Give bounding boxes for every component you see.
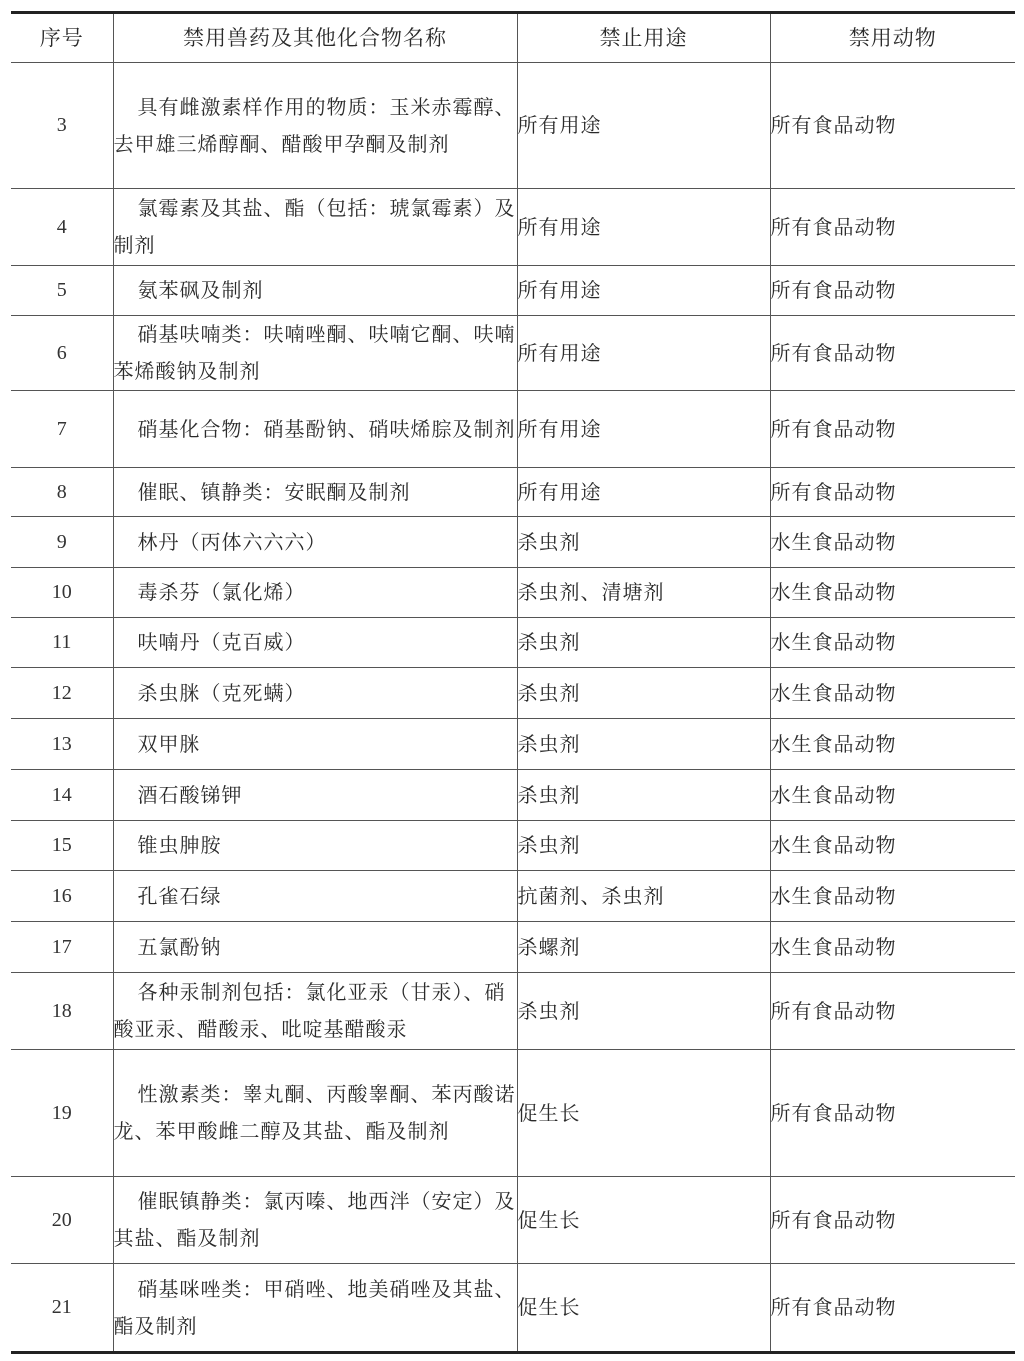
- drug-name: 硝基呋喃类：呋喃唑酮、呋喃它酮、呋喃苯烯酸钠及制剂: [113, 316, 517, 391]
- table-row: 20催眠镇静类：氯丙嗪、地西泮（安定）及其盐、酯及制剂促生长所有食品动物: [11, 1177, 1015, 1264]
- table-row: 7硝基化合物：硝基酚钠、硝呋烯腙及制剂所有用途所有食品动物: [11, 391, 1015, 468]
- drug-name: 氯霉素及其盐、酯（包括：琥氯霉素）及制剂: [113, 189, 517, 266]
- drug-name: 林丹（丙体六六六）: [113, 517, 517, 568]
- banned-animal: 所有食品动物: [770, 1177, 1015, 1264]
- table-row: 21硝基咪唑类：甲硝唑、地美硝唑及其盐、酯及制剂促生长所有食品动物: [11, 1264, 1015, 1353]
- banned-use: 促生长: [517, 1050, 770, 1177]
- header-no: 序号: [11, 13, 113, 63]
- header-use: 禁止用途: [517, 13, 770, 63]
- drug-name: 氨苯砜及制剂: [113, 266, 517, 316]
- drug-name: 各种汞制剂包括：氯化亚汞（甘汞）、硝酸亚汞、醋酸汞、吡啶基醋酸汞: [113, 973, 517, 1050]
- drug-name: 双甲脒: [113, 719, 517, 770]
- banned-animal: 所有食品动物: [770, 189, 1015, 266]
- banned-drugs-table: 序号 禁用兽药及其他化合物名称 禁止用途 禁用动物 3具有雌激素样作用的物质：玉…: [11, 11, 1015, 1354]
- table-body: 3具有雌激素样作用的物质：玉米赤霉醇、去甲雄三烯醇酮、醋酸甲孕酮及制剂所有用途所…: [11, 63, 1015, 1353]
- banned-animal: 所有食品动物: [770, 1264, 1015, 1353]
- banned-use: 所有用途: [517, 316, 770, 391]
- banned-use: 杀虫剂: [517, 821, 770, 871]
- row-number: 16: [11, 871, 113, 922]
- row-number: 3: [11, 63, 113, 189]
- banned-use: 杀虫剂: [517, 618, 770, 668]
- row-number: 18: [11, 973, 113, 1050]
- table-row: 4氯霉素及其盐、酯（包括：琥氯霉素）及制剂所有用途所有食品动物: [11, 189, 1015, 266]
- banned-use: 杀虫剂: [517, 770, 770, 821]
- banned-use: 杀虫剂: [517, 973, 770, 1050]
- drug-name: 催眠镇静类：氯丙嗪、地西泮（安定）及其盐、酯及制剂: [113, 1177, 517, 1264]
- table-header-row: 序号 禁用兽药及其他化合物名称 禁止用途 禁用动物: [11, 13, 1015, 63]
- banned-use: 促生长: [517, 1177, 770, 1264]
- drug-name: 孔雀石绿: [113, 871, 517, 922]
- table-row: 13双甲脒杀虫剂水生食品动物: [11, 719, 1015, 770]
- table-row: 6硝基呋喃类：呋喃唑酮、呋喃它酮、呋喃苯烯酸钠及制剂所有用途所有食品动物: [11, 316, 1015, 391]
- banned-animal: 所有食品动物: [770, 973, 1015, 1050]
- banned-use: 所有用途: [517, 266, 770, 316]
- banned-use: 杀虫剂: [517, 719, 770, 770]
- banned-use: 所有用途: [517, 468, 770, 517]
- drug-name: 锥虫胂胺: [113, 821, 517, 871]
- header-animal: 禁用动物: [770, 13, 1015, 63]
- table-row: 17五氯酚钠杀螺剂水生食品动物: [11, 922, 1015, 973]
- row-number: 17: [11, 922, 113, 973]
- banned-animal: 水生食品动物: [770, 871, 1015, 922]
- table-row: 14酒石酸锑钾杀虫剂水生食品动物: [11, 770, 1015, 821]
- drug-name: 五氯酚钠: [113, 922, 517, 973]
- table-row: 16孔雀石绿抗菌剂、杀虫剂水生食品动物: [11, 871, 1015, 922]
- row-number: 9: [11, 517, 113, 568]
- banned-use: 所有用途: [517, 391, 770, 468]
- row-number: 11: [11, 618, 113, 668]
- drug-name: 硝基咪唑类：甲硝唑、地美硝唑及其盐、酯及制剂: [113, 1264, 517, 1353]
- table-row: 19性激素类：睾丸酮、丙酸睾酮、苯丙酸诺龙、苯甲酸雌二醇及其盐、酯及制剂促生长所…: [11, 1050, 1015, 1177]
- header-name: 禁用兽药及其他化合物名称: [113, 13, 517, 63]
- banned-animal: 所有食品动物: [770, 391, 1015, 468]
- drug-name: 具有雌激素样作用的物质：玉米赤霉醇、去甲雄三烯醇酮、醋酸甲孕酮及制剂: [113, 63, 517, 189]
- drug-name: 硝基化合物：硝基酚钠、硝呋烯腙及制剂: [113, 391, 517, 468]
- drug-name: 催眠、镇静类：安眠酮及制剂: [113, 468, 517, 517]
- row-number: 13: [11, 719, 113, 770]
- banned-animal: 所有食品动物: [770, 63, 1015, 189]
- banned-animal: 所有食品动物: [770, 316, 1015, 391]
- table-row: 3具有雌激素样作用的物质：玉米赤霉醇、去甲雄三烯醇酮、醋酸甲孕酮及制剂所有用途所…: [11, 63, 1015, 189]
- row-number: 4: [11, 189, 113, 266]
- drug-name: 性激素类：睾丸酮、丙酸睾酮、苯丙酸诺龙、苯甲酸雌二醇及其盐、酯及制剂: [113, 1050, 517, 1177]
- banned-use: 抗菌剂、杀虫剂: [517, 871, 770, 922]
- table-row: 12杀虫脒（克死螨）杀虫剂水生食品动物: [11, 668, 1015, 719]
- row-number: 7: [11, 391, 113, 468]
- banned-use: 杀螺剂: [517, 922, 770, 973]
- row-number: 21: [11, 1264, 113, 1353]
- banned-use: 杀虫剂: [517, 668, 770, 719]
- table-row: 8催眠、镇静类：安眠酮及制剂所有用途所有食品动物: [11, 468, 1015, 517]
- table-row: 9林丹（丙体六六六）杀虫剂水生食品动物: [11, 517, 1015, 568]
- row-number: 12: [11, 668, 113, 719]
- banned-animal: 水生食品动物: [770, 618, 1015, 668]
- table-row: 11呋喃丹（克百威）杀虫剂水生食品动物: [11, 618, 1015, 668]
- banned-animal: 水生食品动物: [770, 517, 1015, 568]
- banned-animal: 所有食品动物: [770, 1050, 1015, 1177]
- banned-animal: 水生食品动物: [770, 770, 1015, 821]
- row-number: 14: [11, 770, 113, 821]
- table-row: 10毒杀芬（氯化烯）杀虫剂、清塘剂水生食品动物: [11, 568, 1015, 618]
- table-row: 18各种汞制剂包括：氯化亚汞（甘汞）、硝酸亚汞、醋酸汞、吡啶基醋酸汞杀虫剂所有食…: [11, 973, 1015, 1050]
- row-number: 19: [11, 1050, 113, 1177]
- table-row: 5氨苯砜及制剂所有用途所有食品动物: [11, 266, 1015, 316]
- banned-use: 杀虫剂、清塘剂: [517, 568, 770, 618]
- table-row: 15锥虫胂胺杀虫剂水生食品动物: [11, 821, 1015, 871]
- banned-animal: 所有食品动物: [770, 266, 1015, 316]
- banned-animal: 水生食品动物: [770, 821, 1015, 871]
- row-number: 10: [11, 568, 113, 618]
- row-number: 20: [11, 1177, 113, 1264]
- banned-animal: 水生食品动物: [770, 719, 1015, 770]
- drug-name: 呋喃丹（克百威）: [113, 618, 517, 668]
- banned-animal: 水生食品动物: [770, 922, 1015, 973]
- drug-name: 杀虫脒（克死螨）: [113, 668, 517, 719]
- banned-animal: 水生食品动物: [770, 568, 1015, 618]
- banned-use: 所有用途: [517, 63, 770, 189]
- row-number: 5: [11, 266, 113, 316]
- drug-name: 酒石酸锑钾: [113, 770, 517, 821]
- banned-animal: 所有食品动物: [770, 468, 1015, 517]
- row-number: 8: [11, 468, 113, 517]
- row-number: 15: [11, 821, 113, 871]
- banned-use: 所有用途: [517, 189, 770, 266]
- banned-use: 促生长: [517, 1264, 770, 1353]
- drug-name: 毒杀芬（氯化烯）: [113, 568, 517, 618]
- banned-use: 杀虫剂: [517, 517, 770, 568]
- banned-animal: 水生食品动物: [770, 668, 1015, 719]
- row-number: 6: [11, 316, 113, 391]
